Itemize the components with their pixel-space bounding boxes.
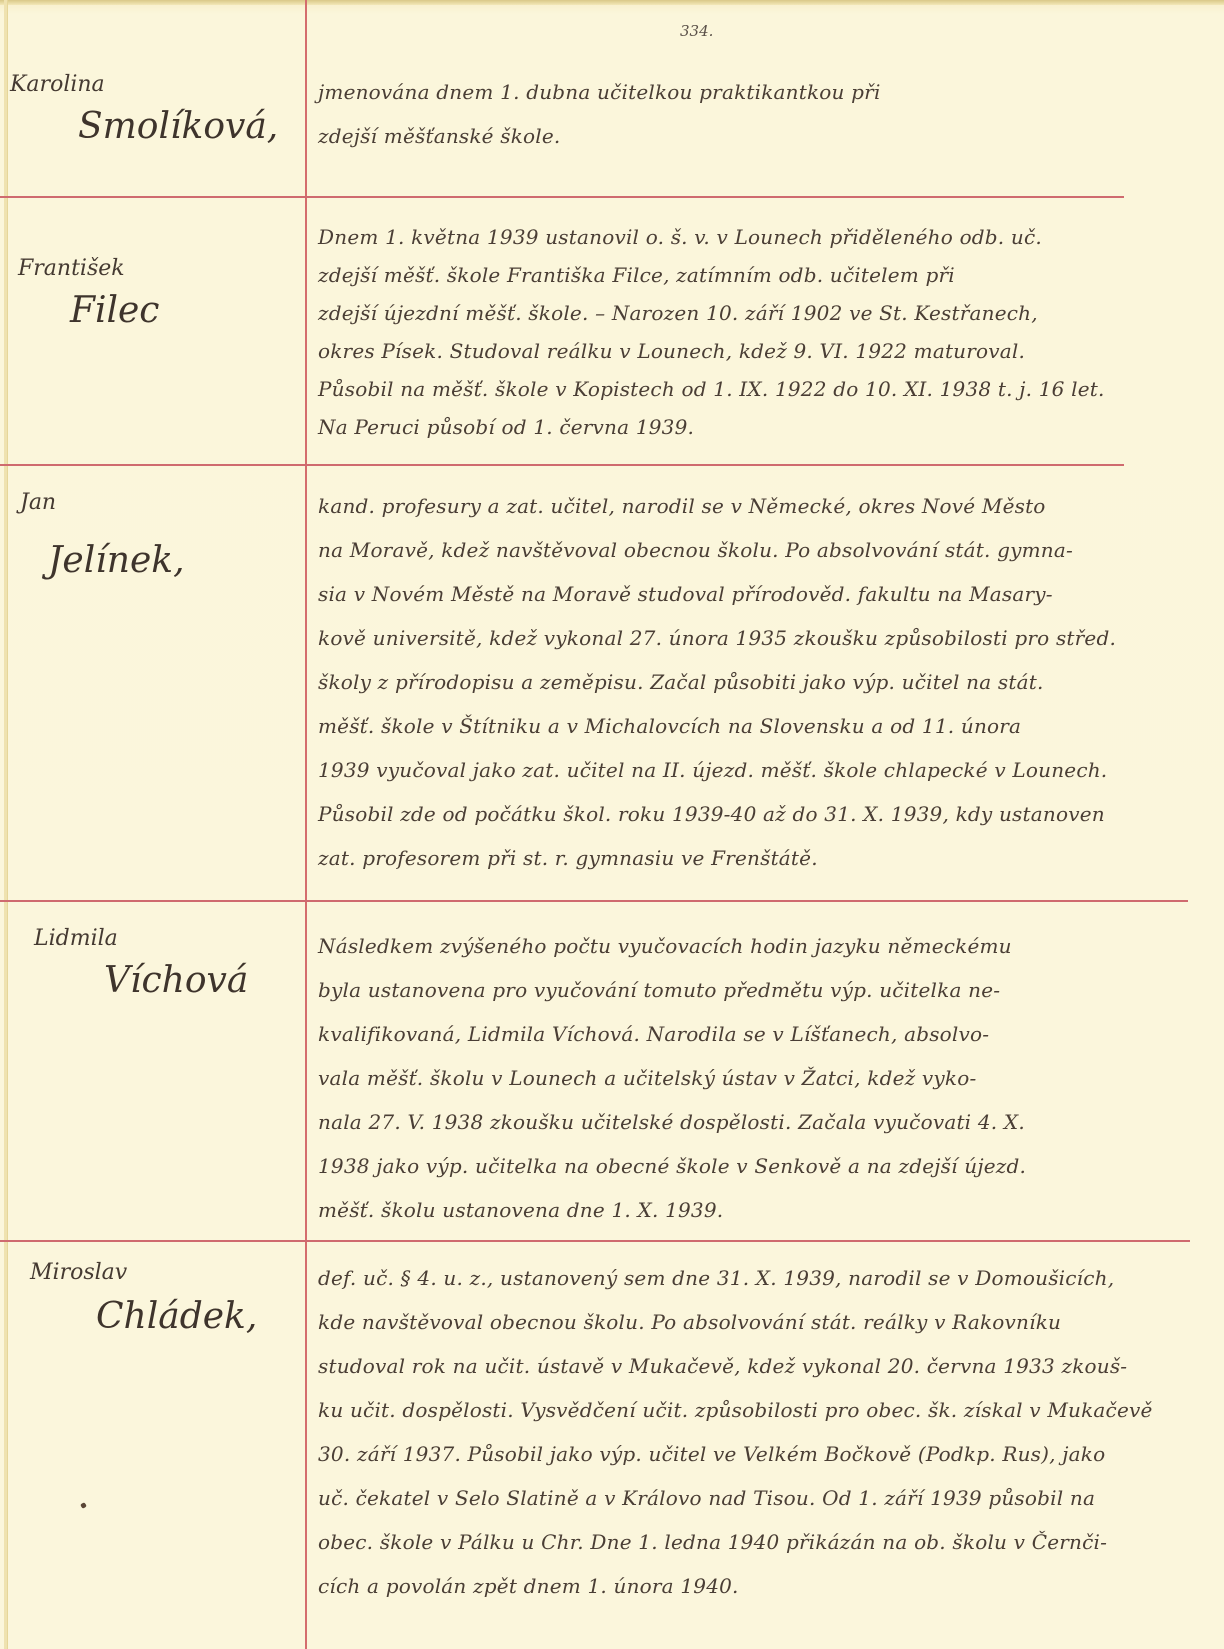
text-line: vala měšť. školu v Lounech a učitelský ú…	[318, 1066, 1198, 1110]
text-line: 30. září 1937. Působil jako výp. učitel …	[318, 1442, 1198, 1486]
text-line: cích a povolán zpět dnem 1. února 1940.	[318, 1574, 1198, 1618]
surname: Filec	[70, 290, 159, 331]
ink-blot-mark	[80, 1502, 87, 1509]
text-line: obec. škole v Pálku u Chr. Dne 1. ledna …	[318, 1530, 1198, 1574]
text-line: zdejší újezdní měšť. škole. – Narozen 10…	[318, 301, 1198, 339]
page-binding-edge	[4, 0, 8, 1649]
text-line: školy z přírodopisu a zeměpisu. Začal pů…	[318, 670, 1198, 714]
surname: Chládek,	[96, 1296, 257, 1337]
text-line: 1939 vyučoval jako zat. učitel na II. új…	[318, 758, 1198, 802]
text-line: kvalifikovaná, Lidmila Víchová. Narodila…	[318, 1022, 1198, 1066]
entry-divider-line	[0, 196, 1124, 198]
text-line: uč. čekatel v Selo Slatině a v Královo n…	[318, 1486, 1198, 1530]
text-line: kově universitě, kdež vykonal 27. února …	[318, 626, 1198, 670]
given-name: Jan	[20, 490, 56, 515]
given-name: Miroslav	[30, 1260, 127, 1285]
entry-text: Následkem zvýšeného počtu vyučovacích ho…	[318, 934, 1198, 1242]
text-line: studoval rok na učit. ústavě v Mukačevě,…	[318, 1354, 1198, 1398]
entry-text: jmenována dnem 1. dubna učitelkou prakti…	[318, 80, 1198, 168]
text-line: nala 27. V. 1938 zkoušku učitelské dospě…	[318, 1110, 1198, 1154]
text-line: def. uč. § 4. u. z., ustanovený sem dne …	[318, 1266, 1198, 1310]
surname: Smolíková,	[78, 106, 278, 147]
text-line: Působil zde od počátku škol. roku 1939-4…	[318, 802, 1198, 846]
page-top-edge	[0, 0, 1224, 5]
text-line: kand. profesury a zat. učitel, narodil s…	[318, 494, 1198, 538]
text-line: měšť. škole v Štítniku a v Michalovcích …	[318, 714, 1198, 758]
text-line: sia v Novém Městě na Moravě studoval pří…	[318, 582, 1198, 626]
entry-divider-line	[0, 900, 1188, 902]
surname: Jelínek,	[48, 540, 185, 581]
column-divider-line	[305, 0, 307, 1649]
entry-text: kand. profesury a zat. učitel, narodil s…	[318, 494, 1198, 890]
text-line: na Moravě, kdež navštěvoval obecnou škol…	[318, 538, 1198, 582]
text-line: 1938 jako výp. učitelka na obecné škole …	[318, 1154, 1198, 1198]
ledger-page: 334. Karolina Smolíková, jmenována dnem …	[0, 0, 1224, 1649]
text-line: ku učit. dospělosti. Vysvědčení učit. zp…	[318, 1398, 1198, 1442]
surname: Víchová	[104, 960, 248, 1001]
text-line: Na Peruci působí od 1. června 1939.	[318, 415, 1198, 453]
entry-text: Dnem 1. května 1939 ustanovil o. š. v. v…	[318, 225, 1198, 453]
given-name: František	[18, 256, 125, 281]
entry-text: def. uč. § 4. u. z., ustanovený sem dne …	[318, 1266, 1198, 1618]
text-line: Následkem zvýšeného počtu vyučovacích ho…	[318, 934, 1198, 978]
text-line: kde navštěvoval obecnou školu. Po absolv…	[318, 1310, 1198, 1354]
page-number: 334.	[680, 22, 713, 40]
text-line: Působil na měšť. škole v Kopistech od 1.…	[318, 377, 1198, 415]
text-line: měšť. školu ustanovena dne 1. X. 1939.	[318, 1198, 1198, 1242]
text-line: okres Písek. Studoval reálku v Lounech, …	[318, 339, 1198, 377]
text-line: jmenována dnem 1. dubna učitelkou prakti…	[318, 80, 1198, 124]
text-line: zdejší měšť. škole Františka Filce, zatí…	[318, 263, 1198, 301]
given-name: Lidmila	[34, 926, 118, 951]
text-line: zat. profesorem při st. r. gymnasiu ve F…	[318, 846, 1198, 890]
text-line: byla ustanovena pro vyučování tomuto pře…	[318, 978, 1198, 1022]
entry-divider-line	[0, 464, 1124, 466]
given-name: Karolina	[10, 72, 105, 97]
text-line: Dnem 1. května 1939 ustanovil o. š. v. v…	[318, 225, 1198, 263]
text-line: zdejší měšťanské škole.	[318, 124, 1198, 168]
